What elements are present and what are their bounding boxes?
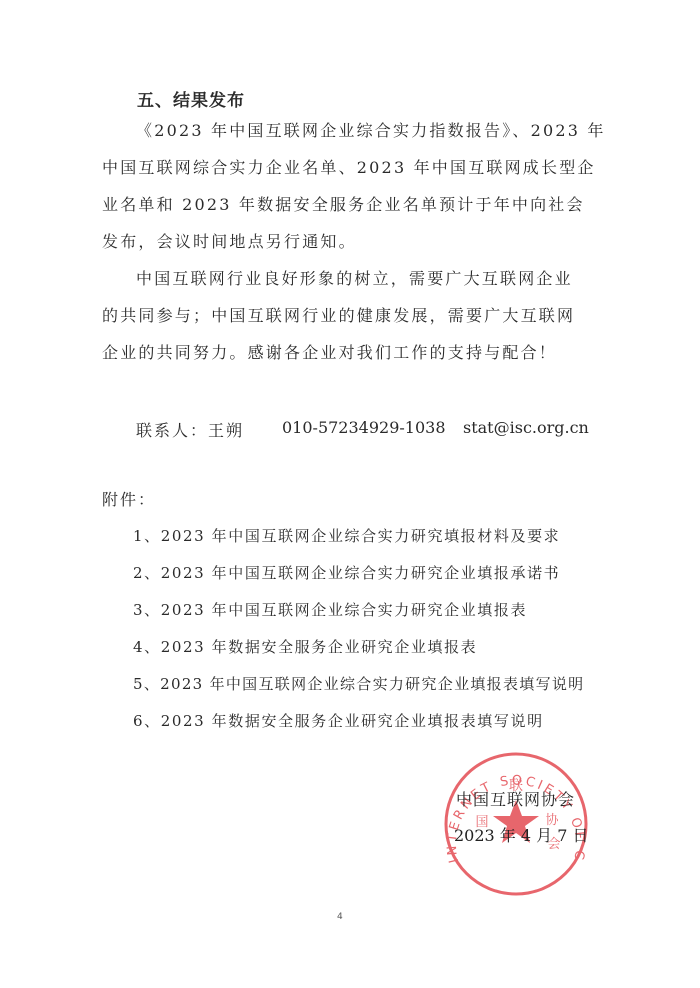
attachment-item: 6、2023 年数据安全服务企业研究企业填报表填写说明 [133, 710, 544, 731]
text-line: 中国互联网行业良好形象的树立，需要广大互联网企业 [136, 266, 628, 289]
attachment-item: 4、2023 年数据安全服务企业研究企业填报表 [133, 636, 477, 657]
signature-organization: 中国互联网协会 [456, 787, 575, 810]
attachments-title: 附件： [102, 487, 156, 510]
attachment-item: 3、2023 年中国互联网企业综合实力研究企业填报表 [133, 599, 527, 620]
text-line: 的共同参与；中国互联网行业的健康发展，需要广大互联网 [102, 303, 594, 326]
text-line: 《2023 年中国互联网企业综合实力指数报告》、2023 年 [136, 118, 594, 141]
section-heading: 五、结果发布 [137, 86, 245, 111]
contact-email: stat@isc.org.cn [463, 418, 589, 437]
text-line: 业名单和 2023 年数据安全服务企业名单预计于年中向社会 [102, 192, 594, 215]
contact-person: 联系人：王朔 [136, 418, 244, 441]
attachment-item: 1、2023 年中国互联网企业综合实力研究填报材料及要求 [133, 525, 560, 546]
attachment-item: 2、2023 年中国互联网企业综合实力研究企业填报承诺书 [133, 562, 560, 583]
text-line: 中国互联网综合实力企业名单、2023 年中国互联网成长型企 [102, 155, 594, 178]
contact-phone: 010-57234929-1038 [282, 418, 446, 437]
document-page: 五、结果发布 《2023 年中国互联网企业综合实力指数报告》、2023 年 中国… [0, 0, 700, 988]
text-line: 发布，会议时间地点另行通知。 [102, 229, 594, 252]
attachment-item: 5、2023 年中国互联网企业综合实力研究企业填报表填写说明 [133, 673, 585, 694]
page-number: 4 [337, 912, 343, 922]
text-line: 企业的共同努力。感谢各企业对我们工作的支持与配合！ [102, 340, 594, 363]
signature-date: 2023 年 4 月 7 日 [454, 823, 589, 846]
